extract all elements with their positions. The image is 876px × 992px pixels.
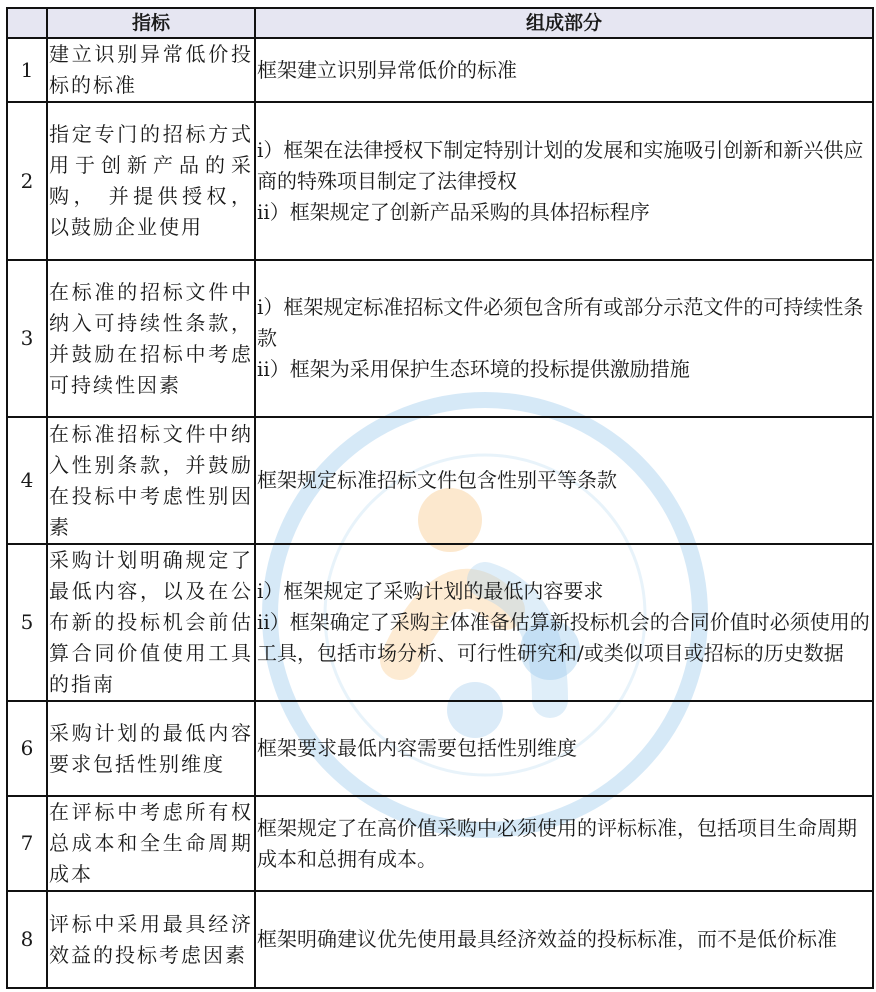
indicator-cell: 在评标中考虑所有权总成本和全生命周期成本 bbox=[47, 796, 255, 891]
header-num bbox=[7, 8, 47, 38]
indicator-cell: 指定专门的招标方式用于创新产品的采购， 并提供授权，以鼓励企业使用 bbox=[47, 102, 255, 260]
component-item: 框架规定标准招标文件包含性别平等条款 bbox=[257, 465, 871, 496]
row-number: 4 bbox=[7, 417, 47, 544]
table-row: 1 建立识别异常低价投标的标准 框架建立识别异常低价的标准 bbox=[7, 38, 873, 102]
header-components: 组成部分 bbox=[255, 8, 873, 38]
indicator-cell: 在标准的招标文件中纳入可持续性条款，并鼓励在招标中考虑可持续性因素 bbox=[47, 260, 255, 417]
component-item: 框架规定了在高价值采购中必须使用的评标标准，包括项目生命周期成本和总拥有成本。 bbox=[257, 813, 871, 875]
table-row: 3 在标准的招标文件中纳入可持续性条款，并鼓励在招标中考虑可持续性因素 i）框架… bbox=[7, 260, 873, 417]
component-item: 框架明确建议优先使用最具经济效益的投标标准，而不是低价标准 bbox=[257, 924, 871, 955]
components-cell: 框架明确建议优先使用最具经济效益的投标标准，而不是低价标准 bbox=[255, 891, 873, 988]
indicator-cell: 在标准招标文件中纳入性别条款，并鼓励在投标中考虑性别因素 bbox=[47, 417, 255, 544]
row-number: 5 bbox=[7, 544, 47, 701]
components-cell: 框架规定了在高价值采购中必须使用的评标标准，包括项目生命周期成本和总拥有成本。 bbox=[255, 796, 873, 891]
table-row: 2 指定专门的招标方式用于创新产品的采购， 并提供授权，以鼓励企业使用 i）框架… bbox=[7, 102, 873, 260]
row-number: 2 bbox=[7, 102, 47, 260]
indicator-cell: 采购计划明确规定了最低内容，以及在公布新的投标机会前估算合同价值使用工具的指南 bbox=[47, 544, 255, 701]
row-number: 7 bbox=[7, 796, 47, 891]
components-cell: i）框架在法律授权下制定特别计划的发展和实施吸引创新和新兴供应商的特殊项目制定了… bbox=[255, 102, 873, 260]
component-item: i）框架在法律授权下制定特别计划的发展和实施吸引创新和新兴供应商的特殊项目制定了… bbox=[257, 135, 871, 197]
components-cell: i）框架规定标准招标文件必须包含所有或部分示范文件的可持续性条款 ii）框架为采… bbox=[255, 260, 873, 417]
indicator-cell: 采购计划的最低内容要求包括性别维度 bbox=[47, 701, 255, 796]
table-row: 8 评标中采用最具经济效益的投标考虑因素 框架明确建议优先使用最具经济效益的投标… bbox=[7, 891, 873, 988]
component-item: i）框架规定了采购计划的最低内容要求 bbox=[257, 576, 871, 607]
header-indicator: 指标 bbox=[47, 8, 255, 38]
component-item: ii）框架确定了采购主体准备估算新投标机会的合同价值时必须使用的工具，包括市场分… bbox=[257, 607, 871, 669]
component-item: ii）框架为采用保护生态环境的投标提供激励措施 bbox=[257, 354, 871, 385]
component-item: i）框架规定标准招标文件必须包含所有或部分示范文件的可持续性条款 bbox=[257, 292, 871, 354]
indicator-table: 指标 组成部分 1 建立识别异常低价投标的标准 框架建立识别异常低价的标准 2 … bbox=[6, 7, 874, 989]
components-cell: i）框架规定了采购计划的最低内容要求 ii）框架确定了采购主体准备估算新投标机会… bbox=[255, 544, 873, 701]
components-cell: 框架要求最低内容需要包括性别维度 bbox=[255, 701, 873, 796]
table-row: 4 在标准招标文件中纳入性别条款，并鼓励在投标中考虑性别因素 框架规定标准招标文… bbox=[7, 417, 873, 544]
row-number: 8 bbox=[7, 891, 47, 988]
indicator-cell: 评标中采用最具经济效益的投标考虑因素 bbox=[47, 891, 255, 988]
components-cell: 框架规定标准招标文件包含性别平等条款 bbox=[255, 417, 873, 544]
component-item: 框架建立识别异常低价的标准 bbox=[257, 55, 871, 86]
table-row: 5 采购计划明确规定了最低内容，以及在公布新的投标机会前估算合同价值使用工具的指… bbox=[7, 544, 873, 701]
row-number: 6 bbox=[7, 701, 47, 796]
component-item: ii）框架规定了创新产品采购的具体招标程序 bbox=[257, 197, 871, 228]
table-header-row: 指标 组成部分 bbox=[7, 8, 873, 38]
table-row: 7 在评标中考虑所有权总成本和全生命周期成本 框架规定了在高价值采购中必须使用的… bbox=[7, 796, 873, 891]
component-item: 框架要求最低内容需要包括性别维度 bbox=[257, 733, 871, 764]
table-row: 6 采购计划的最低内容要求包括性别维度 框架要求最低内容需要包括性别维度 bbox=[7, 701, 873, 796]
row-number: 1 bbox=[7, 38, 47, 102]
indicator-cell: 建立识别异常低价投标的标准 bbox=[47, 38, 255, 102]
row-number: 3 bbox=[7, 260, 47, 417]
components-cell: 框架建立识别异常低价的标准 bbox=[255, 38, 873, 102]
